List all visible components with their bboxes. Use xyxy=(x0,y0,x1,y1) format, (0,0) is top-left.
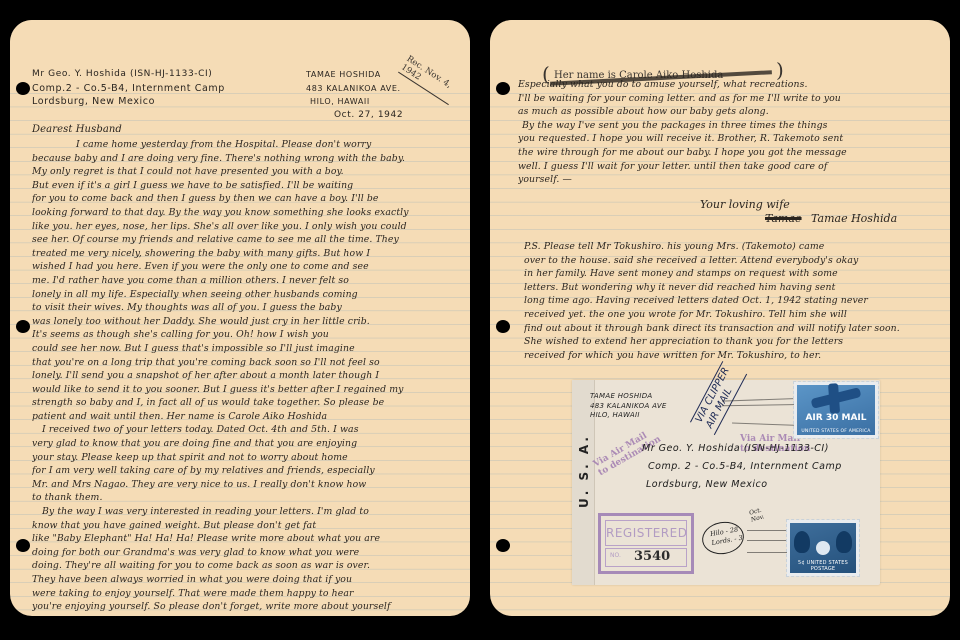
stamp-country-text: UNITED STATES POSTAGE xyxy=(807,560,848,572)
body-line: like you. her eyes, nose, her lips. She'… xyxy=(32,220,462,234)
airmail-stamp-30c: AIR 30 MAIL UNITED STATES OF AMERICA xyxy=(794,382,878,438)
body-line: for I am very well taking care of by my … xyxy=(32,464,462,478)
registered-number-box: NO. 3540 xyxy=(605,548,687,567)
ps-line: P.S. Please tell Mr Tokushiro. his young… xyxy=(524,240,944,254)
body-line: your stay. Please keep up that spirit an… xyxy=(32,451,462,465)
body-line: for you to come back and then I guess by… xyxy=(32,192,462,206)
ps-line: She wished to extend her appreciation to… xyxy=(524,335,944,349)
cancel-mark xyxy=(747,540,787,541)
portrait-icon xyxy=(794,531,810,553)
body-line: could see her now. But I guess that's im… xyxy=(32,342,462,356)
envelope: U. S. A. TAMAE HOSHIDA 483 KALANIKOA AVE… xyxy=(572,380,880,585)
signature-block: Tamae Tamae Hoshida xyxy=(765,212,897,225)
body-line: you requested. I hope you will receive i… xyxy=(518,132,938,146)
body-line: doing for both our Grandma's was very gl… xyxy=(32,546,462,560)
letter-sender-block: TAMAE HOSHIDA 483 KALANIKOA AVE. HILO, H… xyxy=(306,68,403,122)
body-line: By the way I was very interested in read… xyxy=(32,505,462,519)
body-line: was lonely too without her Daddy. She wo… xyxy=(32,315,462,329)
body-line: But even if it's a girl I guess we have … xyxy=(32,179,462,193)
body-line: patient and wait until then. Her name is… xyxy=(32,410,462,424)
body-line: wished I had you here. Even if you were … xyxy=(32,260,462,274)
registered-no-label: NO. xyxy=(610,552,621,559)
body-line: because baby and I are doing very fine. … xyxy=(32,152,462,166)
signature: Tamae Hoshida xyxy=(811,212,897,225)
addressee-line: Lordsburg, New Mexico xyxy=(32,95,225,109)
ps-line: in her family. Have sent money and stamp… xyxy=(524,267,944,281)
body-line: It's seems as though she's calling for y… xyxy=(32,328,462,342)
body-line: very glad to know that you are doing fin… xyxy=(32,437,462,451)
cancel-mark xyxy=(747,552,787,553)
punch-hole xyxy=(496,539,510,552)
letter-page-1: Rec. Nov. 4, 1942 Mr Geo. Y. Hoshida (IS… xyxy=(10,20,470,616)
body-line: Especially what you do to amuse yourself… xyxy=(518,78,938,92)
sender-line: HILO, HAWAII xyxy=(306,95,403,109)
letter-addressee-block: Mr Geo. Y. Hoshida (ISN-HJ-1133-CI) Comp… xyxy=(32,68,225,109)
punch-hole xyxy=(496,82,510,95)
body-line: you're enjoying yourself. So please don'… xyxy=(32,600,462,614)
body-line: me. I'd rather have you come than a mill… xyxy=(32,274,462,288)
stamp-value: 5¢ xyxy=(798,560,805,566)
sender-line: TAMAE HOSHIDA xyxy=(306,68,403,82)
ps-line: letters. But wondering why it never did … xyxy=(524,281,944,295)
addressee-line: Comp. 2 - Co.5-B4, Internment Camp xyxy=(642,458,842,476)
emblem-icon xyxy=(816,541,830,555)
cancel-mark xyxy=(747,530,787,531)
envelope-addressee: Mr Geo. Y. Hoshida (ISN-HJ-1133-CI) Comp… xyxy=(642,440,842,494)
body-line: doing. They're all waiting for you to co… xyxy=(32,559,462,573)
body-line: as much as possible about how our baby g… xyxy=(518,105,938,119)
routing-note: Hilo - 28 Lords. - 3 xyxy=(700,519,747,558)
body-line: Mr. and Mrs Nagao. They are very nice to… xyxy=(32,478,462,492)
body-line: looking forward to that day. By the way … xyxy=(32,206,462,220)
body-line: were taking to enjoy yourself. That were… xyxy=(32,587,462,601)
ps-line: received for which you have written for … xyxy=(524,349,944,363)
letter-date: Oct. 27, 1942 xyxy=(306,109,403,123)
ps-line: find out about it through bank direct it… xyxy=(524,322,944,336)
body-line: lonely in all my life. Especially when s… xyxy=(32,288,462,302)
ps-line: received yet. the one you wrote for Mr. … xyxy=(524,308,944,322)
body-line: like "Baby Elephant" Ha! Ha! Ha! Please … xyxy=(32,532,462,546)
ps-line: long time ago. Having received letters d… xyxy=(524,294,944,308)
ps-line: over to the house. said she received a l… xyxy=(524,254,944,268)
received-note: Rec. Nov. 4, 1942 xyxy=(398,54,460,105)
body-line: to thank them. xyxy=(32,491,462,505)
body-line: know that you have gained weight. But pl… xyxy=(32,519,462,533)
body-line: My only regret is that I could not have … xyxy=(32,165,462,179)
censor-text: U. S. A. xyxy=(577,434,591,508)
body-line: yourself. — xyxy=(518,173,938,187)
sender-line: 483 KALANIKOA AVE xyxy=(590,402,667,412)
body-line: would like to send it to you sooner. But… xyxy=(32,383,462,397)
salutation: Dearest Husband xyxy=(32,124,122,135)
punch-hole xyxy=(16,82,30,95)
body-line: I came home yesterday from the Hospital.… xyxy=(32,138,462,152)
body-line: to visit their wives. My thoughts was al… xyxy=(32,301,462,315)
stamp-value: AIR 30 MAIL xyxy=(797,413,875,423)
body-line: lonely. I'll send you a snapshot of her … xyxy=(32,369,462,383)
addressee-line: Lordsburg, New Mexico xyxy=(642,476,842,494)
letter-body-continued: Especially what you do to amuse yourself… xyxy=(518,78,938,187)
stamp-country: UNITED STATES OF AMERICA xyxy=(797,429,875,434)
sender-line: 483 KALANIKOA AVE. xyxy=(306,82,403,96)
body-line: strength so baby and I, in fact all of u… xyxy=(32,396,462,410)
registered-stamp: REGISTERED NO. 3540 xyxy=(598,513,694,574)
postscript: P.S. Please tell Mr Tokushiro. his young… xyxy=(524,240,944,362)
portrait-icon xyxy=(836,531,852,553)
closing: Your loving wife xyxy=(700,198,790,211)
punch-hole xyxy=(16,320,30,333)
body-line: the wire through for me about our baby. … xyxy=(518,146,938,160)
letter-body: I came home yesterday from the Hospital.… xyxy=(32,138,462,614)
body-line: that you're on a long trip that you're c… xyxy=(32,356,462,370)
body-line: see her. Of course my friends and relati… xyxy=(32,233,462,247)
stamp-country: 5¢ UNITED STATES POSTAGE xyxy=(790,560,856,572)
addressee-line: Mr Geo. Y. Hoshida (ISN-HJ-1133-CI) xyxy=(32,68,225,82)
addressee-line: Comp.2 - Co.5-B4, Internment Camp xyxy=(32,82,225,96)
postage-stamp-5c: 5¢ UNITED STATES POSTAGE xyxy=(787,520,859,576)
addressee-line: Mr Geo. Y. Hoshida (ISN-HJ-1133-CI) xyxy=(642,440,842,458)
struck-signature: Tamae xyxy=(765,212,802,225)
registered-number: 3540 xyxy=(634,549,670,564)
sender-line: HILO, HAWAII xyxy=(590,411,667,421)
envelope-sender: TAMAE HOSHIDA 483 KALANIKOA AVE HILO, HA… xyxy=(590,392,667,421)
body-line: treated me very nicely, showering the ba… xyxy=(32,247,462,261)
body-line: By the way I've sent you the packages in… xyxy=(518,119,938,133)
body-line: I received two of your letters today. Da… xyxy=(32,423,462,437)
punch-hole xyxy=(496,320,510,333)
body-line: They have been always worried in what yo… xyxy=(32,573,462,587)
punch-hole xyxy=(16,539,30,552)
body-line: I'll be waiting for your coming letter. … xyxy=(518,92,938,106)
body-line: well. I guess I'll wait for your letter.… xyxy=(518,160,938,174)
routing-extra: Oct. Nov. xyxy=(748,506,765,523)
sender-line: TAMAE HOSHIDA xyxy=(590,392,667,402)
registered-label: REGISTERED xyxy=(605,520,687,546)
